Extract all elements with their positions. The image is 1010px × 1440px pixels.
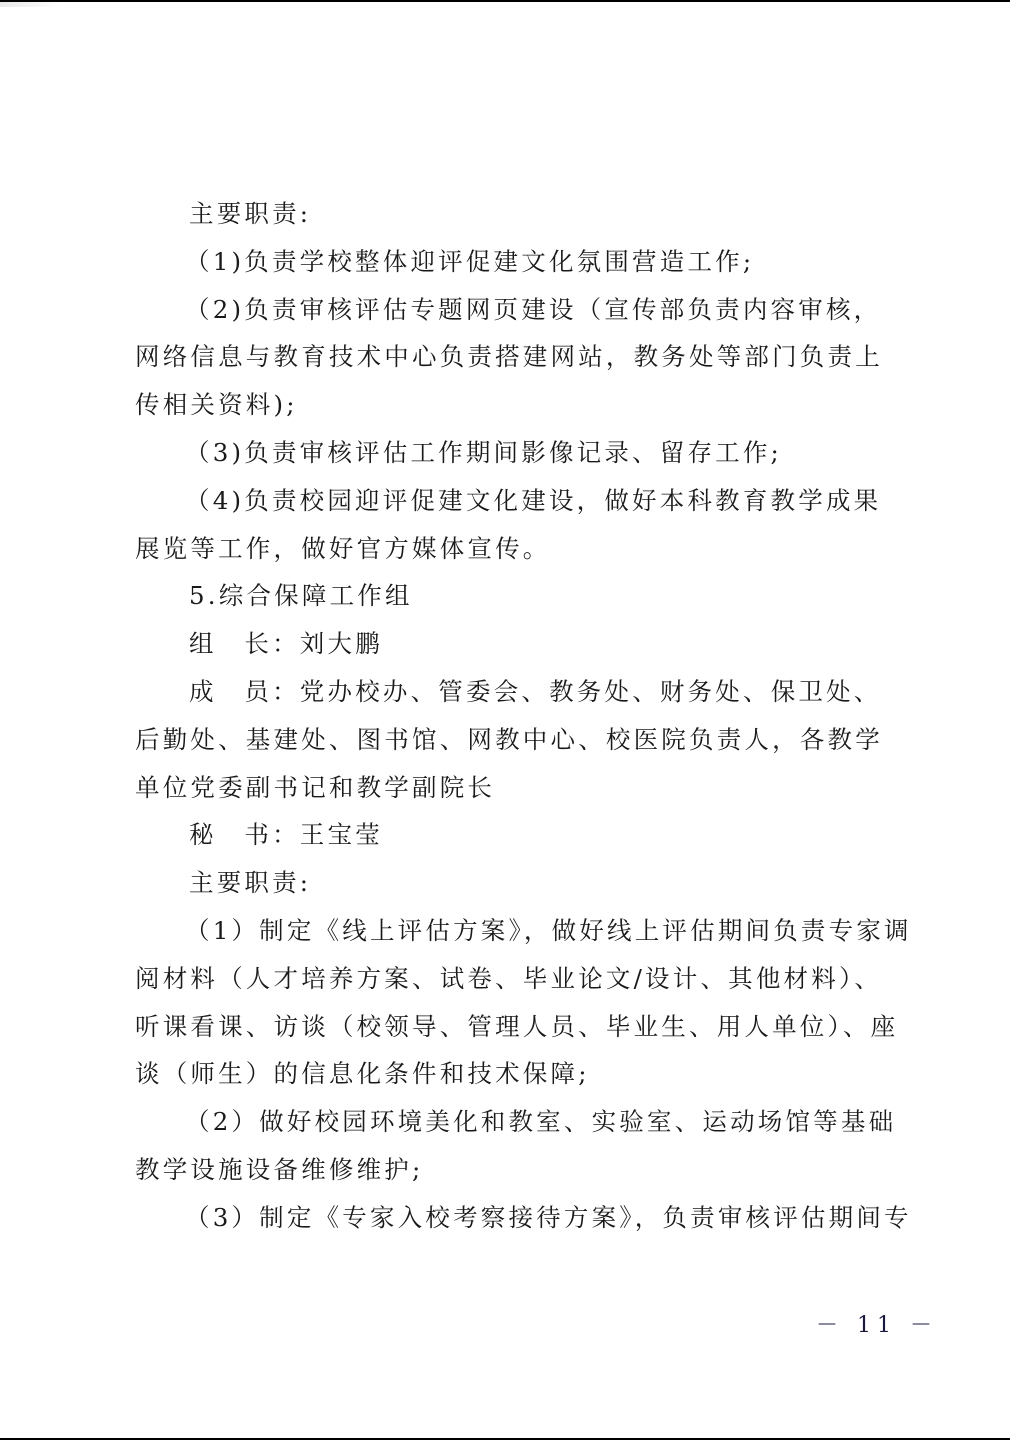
duty-item-1: （1)负责学校整体迎评促建文化氛围营造工作; (135, 238, 887, 286)
section-heading-duties: 主要职责: (135, 859, 887, 907)
duty-item-2-cont: 传相关资料); (135, 381, 887, 429)
section-heading-group-5: 5.综合保障工作组 (135, 572, 887, 620)
group-leader: 组 长：刘大鹏 (135, 620, 887, 668)
duty-item-1-cont: 阅材料（人才培养方案、试卷、毕业论文/设计、其他材料）、 (135, 955, 887, 1003)
top-border-rule (0, 0, 1010, 2)
group-members: 成 员：党办校办、管委会、教务处、财务处、保卫处、 (135, 668, 887, 716)
section-heading-duties: 主要职责: (135, 190, 887, 238)
duty-item-2-cont: 网络信息与教育技术中心负责搭建网站，教务处等部门负责上 (135, 333, 887, 381)
duty-item-1: （1）制定《线上评估方案》，做好线上评估期间负责专家调 (135, 907, 887, 955)
group-members-cont: 后勤处、基建处、图书馆、网教中心、校医院负责人，各教学 (135, 716, 887, 764)
duty-item-1-cont: 谈（师生）的信息化条件和技术保障; (135, 1050, 887, 1098)
duty-item-2: （2)负责审核评估专题网页建设（宣传部负责内容审核， (135, 286, 887, 334)
duty-item-3: （3)负责审核评估工作期间影像记录、留存工作; (135, 429, 887, 477)
duty-item-3: （3）制定《专家入校考察接待方案》，负责审核评估期间专 (135, 1194, 887, 1242)
duty-item-2-cont: 教学设施设备维修维护; (135, 1146, 887, 1194)
document-body: 主要职责: （1)负责学校整体迎评促建文化氛围营造工作; （2)负责审核评估专题… (135, 190, 887, 1242)
group-secretary: 秘 书：王宝莹 (135, 811, 887, 859)
duty-item-4: （4)负责校园迎评促建文化建设，做好本科教育教学成果 (135, 477, 887, 525)
scan-artifact (0, 2, 62, 7)
page-number: － 11 － (816, 1308, 938, 1339)
group-members-cont: 单位党委副书记和教学副院长 (135, 764, 887, 812)
duty-item-1-cont: 听课看课、访谈（校领导、管理人员、毕业生、用人单位）、座 (135, 1003, 887, 1051)
duty-item-4-cont: 展览等工作，做好官方媒体宣传。 (135, 525, 887, 573)
duty-item-2: （2）做好校园环境美化和教室、实验室、运动场馆等基础 (135, 1098, 887, 1146)
